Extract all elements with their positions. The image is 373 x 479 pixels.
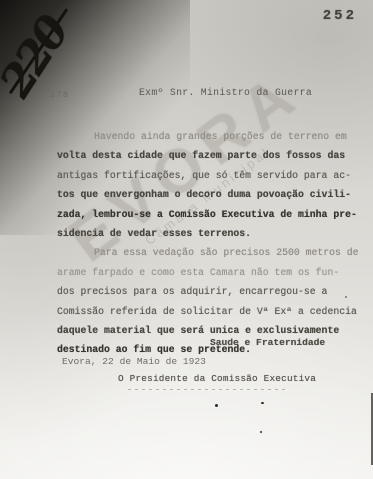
- folio-number: 178: [50, 90, 69, 100]
- scan-line-artifact: [128, 389, 288, 390]
- page-number-stamp: 252: [323, 8, 357, 24]
- body-line: Para essa vedação são precisos 2500 metr…: [57, 243, 365, 262]
- body-line: dos precisos para os adquirir, encarrego…: [57, 282, 365, 301]
- ink-speck: [215, 404, 218, 407]
- body-line: volta desta cidade que fazem parte dos f…: [57, 146, 365, 165]
- scanned-letter-page: EVORA Câmara Municipal 220 252 178 Exmº …: [0, 0, 373, 479]
- ink-speck: [345, 296, 347, 298]
- body-line: zada, lembrou-se a Comissão Executiva de…: [57, 205, 365, 224]
- body-line: Havendo ainda grandes porções de terreno…: [57, 127, 365, 146]
- signature-title-line: O Presidente da Comissão Executiva: [118, 373, 316, 384]
- salutation-line: Exmº Snr. Ministro da Guerra: [139, 87, 312, 98]
- ink-speck: [260, 431, 262, 433]
- place-date-line: Evora, 22 de Maio de 1923: [62, 356, 206, 367]
- body-line: tos que envergonham o decoro duma povoaç…: [57, 185, 365, 204]
- letter-body: Havendo ainda grandes porções de terreno…: [57, 127, 365, 360]
- closing-formula: Saude e Fraternidade: [210, 337, 325, 348]
- body-line: Comissão referida de solicitar de Vª Exª…: [57, 302, 365, 321]
- body-line: antigas fortificações, que só têm servid…: [57, 166, 365, 185]
- body-line: arame farpado e como esta Camara não tem…: [57, 263, 365, 282]
- body-line: sidencia de vedar esses terrenos.: [57, 224, 365, 243]
- ink-speck: [261, 402, 264, 404]
